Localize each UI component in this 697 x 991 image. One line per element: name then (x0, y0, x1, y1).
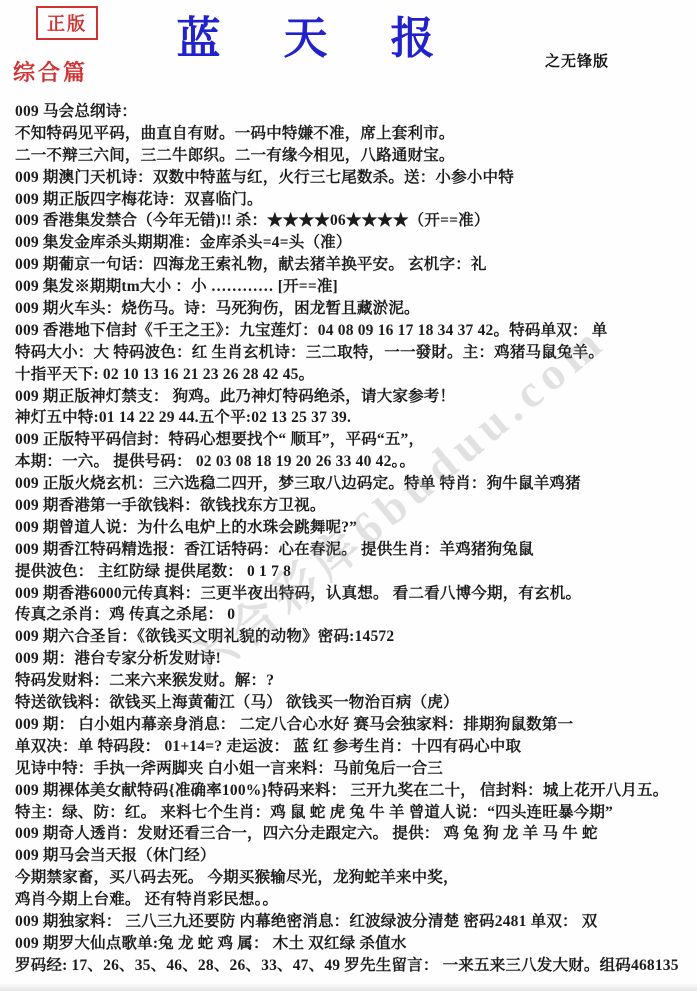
report-line: 009 期香江特码精选报：香江话特码：心在春泥。 提供生肖：羊鸡猪狗兔鼠 (15, 539, 691, 561)
report-line: 见诗中特：手执一斧两脚夹 白小姐一言来料：马前兔后一合三 (15, 758, 691, 780)
report-line: 009 香港集发禁合（今年无错)!! 杀：★★★★06★★★★（开==准） (15, 210, 691, 232)
report-line: 009 期马会当天报（休门经） (15, 845, 691, 867)
report-line: 009 期：港台专家分析发财诗! (15, 648, 691, 670)
report-line: 本期：一六。 提供号码： 02 03 08 18 19 20 26 33 40 … (15, 451, 691, 473)
report-line: 特送欲钱料：欲钱买上海黄葡江（马） 欲钱买一物治百病（虎） (15, 692, 691, 714)
report-line: 009 期香港6000元传真料：三更半夜出特码，认真想。 看二看八博今期，有玄机… (15, 583, 691, 605)
report-line: 009 期六合圣旨：《欲钱买文明礼貌的动物》密码:14572 (15, 626, 691, 648)
report-line: 009 香港地下信封《千王之王》：九宝莲灯：04 08 09 16 17 18 … (15, 320, 691, 342)
report-line: 提供波色： 主红防绿 提供尾数： 0 1 7 8 (15, 561, 691, 583)
report-line: 009 期火车头：烧伤马。诗：马死狗伤，困龙暂且藏淤泥。 (15, 298, 691, 320)
report-line: 009 期： 白小姐内幕亲身消息： 二定八合心水好 赛马会独家料：排期狗鼠数第一 (15, 714, 691, 736)
report-line: 009 集发※期期tm大小 ：小 ………… [开==准] (15, 276, 691, 298)
report-line: 单双决：单 特码段： 01+14=? 走运波： 蓝 红 参考生肖：十四有码心中取 (15, 736, 691, 758)
report-line: 不知特码见平码，曲直自有财。一码中特嫌不准，席上套利市。 (15, 123, 691, 145)
report-line: 今期禁家畜，买八码去死。 今期买猴输尽光，龙狗蛇羊来中奖， (15, 867, 691, 889)
report-line: 009 期澳门天机诗：双数中特蓝与红，火行三七尾数杀。送：小参小中特 (15, 167, 691, 189)
report-line: 009 期独家料： 三八三九还要防 内幕绝密消息：红波绿波分清楚 密码2481 … (15, 911, 691, 933)
report-lines: 009 马会总纲诗：不知特码见平码，曲直自有财。一码中特嫌不准，席上套利市。二一… (15, 101, 691, 977)
report-line: 009 期香港第一手欲钱料：欲钱找东方卫视。 (15, 495, 691, 517)
report-line: 009 期奇人透肖：发财还看三合一，四六分走跟定六。 提供： 鸡 兔 狗 龙 羊… (15, 823, 691, 845)
report-line: 009 期葡京一句话：四海龙王索礼物，献去猪羊换平安。 玄机字：礼 (15, 254, 691, 276)
report-line: 神灯五中特:01 14 22 29 44.五个平:02 13 25 37 39. (15, 407, 691, 429)
page-title: 蓝 天 报 (0, 2, 637, 66)
report-line: 009 正版特平码信封：特码心想要找个“ 顺耳”，平码“五”， (15, 429, 691, 451)
report-line: 009 期罗大仙点歌单:兔 龙 蛇 鸡 属： 木土 双红绿 杀值水 (15, 933, 691, 955)
bottom-scan-edge (0, 983, 697, 991)
report-line: 十指平天下: 02 10 13 16 21 23 26 28 42 45。 (15, 364, 691, 386)
report-line: 009 正版火烧玄机：三六选稳二四开，梦三取八边码定。特单 特肖：狗牛鼠羊鸡猪 (15, 473, 691, 495)
lantian-report-page: 正版 蓝 天 报 之无锋版 综合篇 009 马会总纲诗：不知特码见平码，曲直自有… (0, 0, 697, 991)
section-title: 综合篇 (13, 56, 88, 87)
report-line: 特主：绿、防：红。 来料七个生肖：鸡 鼠 蛇 虎 兔 牛 羊 曾道人说：“四头连… (15, 802, 691, 824)
report-line: 009 期正版神灯禁支： 狗鸡。此乃神灯特码绝杀，请大家参考！ (15, 386, 691, 408)
report-line: 009 期曾道人说：为什么电炉上的水珠会跳舞呢?” (15, 517, 691, 539)
report-line: 罗码经: 17、26、35、46、28、26、33、47、49 罗先生留言： 一… (15, 955, 691, 977)
report-line: 009 马会总纲诗： (15, 101, 691, 123)
report-line: 009 期裸体美女献特码{准确率100%}特码来料： 三开九奖在二十， 信封料：… (15, 780, 691, 802)
report-line: 特码大小：大 特码波色：红 生肖玄机诗：三二取特，一一發財。主：鸡猪马鼠兔羊。 (15, 342, 691, 364)
report-line: 009 期正版四字梅花诗：双喜临门。 (15, 189, 691, 211)
report-line: 二一不辩三六间，三二牛郎织。二一有缘今相见，八路通财宝。 (15, 145, 691, 167)
report-line: 鸡肖今期上台难。 还有特肖彩民想。。 (15, 889, 691, 911)
edition-label: 之无锋版 (545, 50, 609, 71)
report-line: 传真之杀肖：鸡 传真之杀尾： 0 (15, 604, 691, 626)
report-line: 特码发财料：二来六来猴发财。解：? (15, 670, 691, 692)
report-line: 009 集发金库杀头期期准：金库杀头=4=头（准） (15, 232, 691, 254)
